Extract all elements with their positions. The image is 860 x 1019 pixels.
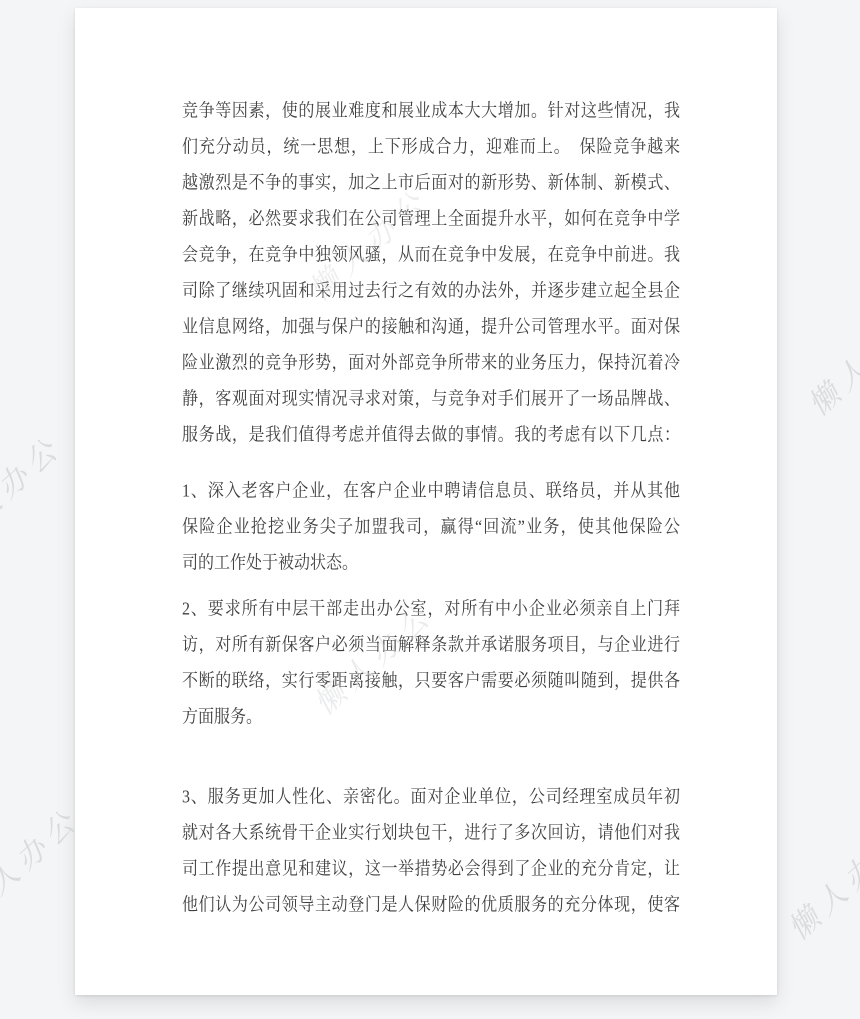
document-page: 竞争等因素，使的展业难度和展业成本大大增加。针对这些情况，我 们充分动员，统一思… — [75, 8, 777, 995]
watermark-text: 懒人办公 — [776, 816, 860, 948]
paragraph-intro: 竞争等因素，使的展业难度和展业成本大大增加。针对这些情况，我 们充分动员，统一思… — [182, 94, 680, 454]
document-body: 竞争等因素，使的展业难度和展业成本大大增加。针对这些情况，我 们充分动员，统一思… — [182, 94, 680, 924]
text-line: 服务战，是我们值得考虑并值得去做的事情。我的考虑有以下几点： — [182, 415, 680, 456]
text-line: 方面服务。 — [182, 697, 680, 738]
paragraph-item-3: 3、服务更加人性化、亲密化。面对企业单位，公司经理室成员年初 就对各大系统骨干企… — [182, 780, 680, 924]
paragraph-item-1: 1、深入老客户企业，在客户企业中聘请信息员、联络员，并从其他 保险企业抢挖业务尖… — [182, 474, 680, 582]
text-line: 司的工作处于被动状态。 — [182, 543, 680, 584]
watermark-text: 懒人办公 — [0, 424, 70, 556]
watermark-text: 懒人办公 — [796, 292, 860, 424]
paragraph-item-2: 2、要求所有中层干部走出办公室，对所有中小企业必须亲自上门拜 访，对所有新保客户… — [182, 592, 680, 736]
text-line: 他们认为公司领导主动登门是人保财险的优质服务的充分体现，使客 — [182, 885, 680, 926]
document-preview: 竞争等因素，使的展业难度和展业成本大大增加。针对这些情况，我 们充分动员，统一思… — [0, 0, 860, 1019]
